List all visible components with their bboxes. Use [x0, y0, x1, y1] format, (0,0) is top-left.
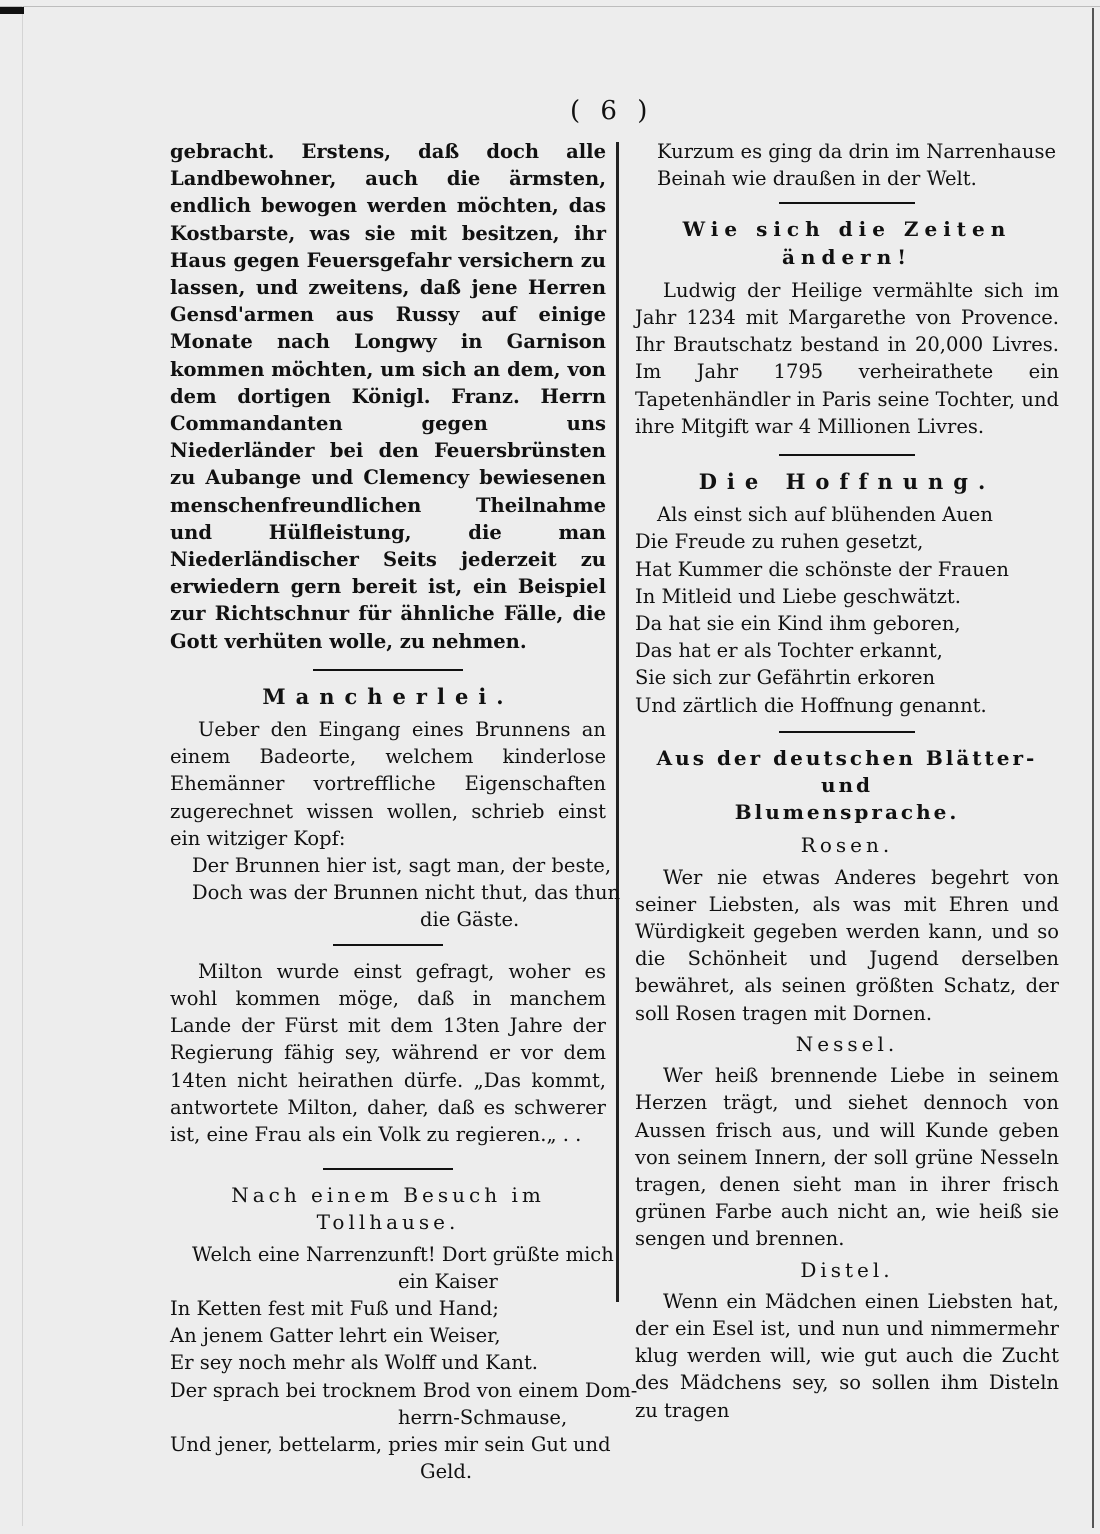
scan-corner-mark: [0, 7, 24, 14]
tollhaus-verse-line: Der sprach bei trocknem Brod von einem D…: [170, 1377, 606, 1404]
page-right-edge: [1092, 8, 1094, 1528]
right-column: Kurzum es ging da drin im Narrenhause Be…: [635, 138, 1059, 1424]
continuation-paragraph: gebracht. Erstens, daß doch alle Landbew…: [170, 138, 606, 655]
tollhaus-verse-line: Welch eine Narrenzunft! Dort grüßte mich: [170, 1241, 606, 1268]
hoffnung-verse-line: Hat Kummer die schönste der Frauen: [635, 556, 1059, 583]
distel-heading: Distel.: [635, 1257, 1059, 1284]
mancherlei-heading: Mancherlei.: [170, 683, 606, 710]
hoffnung-verse-line: Und zärtlich die Hoffnung genannt.: [635, 692, 1059, 719]
tollhaus-heading: Nach einem Besuch im Tollhause.: [170, 1182, 606, 1236]
tollhaus-verse-line: Und jener, bettelarm, pries mir sein Gut…: [170, 1431, 606, 1458]
tollhaus-verse-line: Geld.: [170, 1458, 606, 1485]
page-left-edge: [22, 6, 23, 1526]
tollhaus-verse-line: ein Kaiser: [170, 1268, 606, 1295]
hoffnung-verse-line: Da hat sie ein Kind ihm geboren,: [635, 610, 1059, 637]
tollhaus-verse-line: An jenem Gatter lehrt ein Weiser,: [170, 1322, 606, 1349]
mancherlei-verse-line: die Gäste.: [170, 906, 606, 933]
tollhaus-verse-line: In Ketten fest mit Fuß und Hand;: [170, 1295, 606, 1322]
hoffnung-verse-line: Das hat er als Tochter erkannt,: [635, 637, 1059, 664]
hoffnung-verse-line: Sie sich zur Gefährtin erkoren: [635, 664, 1059, 691]
mancherlei-verse-line: Doch was der Brunnen nicht thut, das thu…: [170, 879, 606, 906]
tollhaus-verse-line: Beinah wie draußen in der Welt.: [635, 165, 1059, 192]
blumensprache-heading-line2: Blumensprache.: [635, 799, 1059, 826]
blumensprache-heading-line1: Aus der deutschen Blätter- und: [635, 745, 1059, 799]
hoffnung-heading: Die Hoffnung.: [635, 468, 1059, 495]
section-rule: [779, 731, 915, 733]
zeiten-heading: Wie sich die Zeiten ändern!: [635, 216, 1059, 270]
zeiten-text: Ludwig der Heilige vermählte sich im Jah…: [635, 277, 1059, 440]
tollhaus-verse-line: Er sey noch mehr als Wolff und Kant.: [170, 1349, 606, 1376]
section-rule: [313, 669, 463, 671]
section-rule: [779, 202, 915, 204]
hoffnung-verse-line: Die Freude zu ruhen gesetzt,: [635, 528, 1059, 555]
nessel-text: Wer heiß brennende Liebe in seinem Herze…: [635, 1062, 1059, 1252]
column-divider: [616, 142, 619, 1302]
rosen-text: Wer nie etwas Anderes begehrt von seiner…: [635, 864, 1059, 1027]
tollhaus-verse-line: herrn-Schmause,: [170, 1404, 606, 1431]
section-rule: [779, 454, 915, 456]
hoffnung-verse-line: Als einst sich auf blühenden Auen: [635, 501, 1059, 528]
left-column: gebracht. Erstens, daß doch alle Landbew…: [170, 138, 606, 1485]
milton-anecdote: Milton wurde einst gefragt, woher es woh…: [170, 958, 606, 1148]
nessel-heading: Nessel.: [635, 1031, 1059, 1058]
section-rule: [333, 944, 443, 946]
mancherlei-intro: Ueber den Eingang eines Brunnens an eine…: [170, 716, 606, 852]
tollhaus-verse-line: Kurzum es ging da drin im Narrenhause: [635, 138, 1059, 165]
page-number: ( 6 ): [570, 96, 653, 126]
rosen-heading: Rosen.: [635, 832, 1059, 859]
hoffnung-verse-line: In Mitleid und Liebe geschwätzt.: [635, 583, 1059, 610]
mancherlei-verse-line: Der Brunnen hier ist, sagt man, der best…: [170, 852, 606, 879]
page-top-edge: [0, 6, 1100, 7]
distel-text: Wenn ein Mädchen einen Liebsten hat, der…: [635, 1288, 1059, 1424]
section-rule: [323, 1168, 453, 1170]
